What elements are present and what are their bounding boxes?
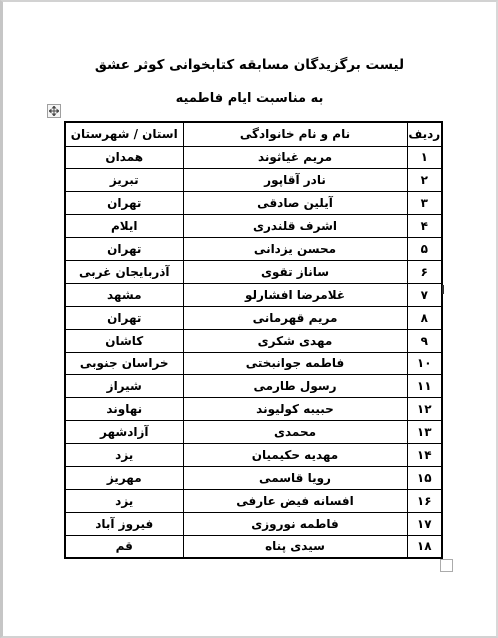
row-number-cell[interactable]: ۱۵ (407, 466, 442, 489)
table-row: ۶ساناز تقویآذربایجان غربی (65, 260, 442, 283)
row-number-cell[interactable]: ۱۴ (407, 444, 442, 467)
row-number-cell[interactable]: ۴ (407, 215, 442, 238)
province-cell[interactable]: آزادشهر (65, 421, 183, 444)
document-title: لیست برگزیدگان مسابقه کتابخوانی کوثر عشق (3, 55, 496, 75)
full-name-cell[interactable]: رویا قاسمی (183, 466, 407, 489)
row-number-cell[interactable]: ۱۸ (407, 535, 442, 558)
table-row: ۷غلامرضا افشارلومشهد (65, 283, 442, 306)
full-name-cell[interactable]: فاطمه جوانبختی (183, 352, 407, 375)
winners-table: ردیف نام و نام خانوادگی استان / شهرستان … (64, 121, 443, 559)
row-number-cell[interactable]: ۱ (407, 146, 442, 169)
table-row: ۱۸سیدی پناهقم (65, 535, 442, 558)
row-number-cell[interactable]: ۳ (407, 192, 442, 215)
province-cell[interactable]: یزد (65, 444, 183, 467)
table-row: ۱۵رویا قاسمیمهریز (65, 466, 442, 489)
row-number-cell[interactable]: ۷ (407, 283, 442, 306)
province-cell[interactable]: خراسان جنوبی (65, 352, 183, 375)
province-cell[interactable]: مشهد (65, 283, 183, 306)
province-cell[interactable]: آذربایجان غربی (65, 260, 183, 283)
province-cell[interactable]: تهران (65, 192, 183, 215)
table-row: ۱۱رسول طارمیشیراز (65, 375, 442, 398)
table-row: ۵محسن یزدانیتهران (65, 238, 442, 261)
row-number-cell[interactable]: ۸ (407, 306, 442, 329)
full-name-cell[interactable]: مریم غیاثوند (183, 146, 407, 169)
document-subtitle: به مناسبت ایام فاطمیه (3, 90, 496, 108)
full-name-cell[interactable]: فاطمه نوروزی (183, 512, 407, 535)
full-name-cell[interactable]: محسن یزدانی (183, 238, 407, 261)
full-name-cell[interactable]: افسانه فیض عارفی (183, 489, 407, 512)
row-number-cell[interactable]: ۱۷ (407, 512, 442, 535)
province-cell[interactable]: تهران (65, 238, 183, 261)
text-cursor (442, 285, 444, 294)
table-row: ۹مهدی شکریکاشان (65, 329, 442, 352)
header-row-number[interactable]: ردیف (407, 122, 442, 146)
full-name-cell[interactable]: حبیبه کولیوند (183, 398, 407, 421)
row-number-cell[interactable]: ۵ (407, 238, 442, 261)
table-row: ۳آیلین صادقیتهران (65, 192, 442, 215)
header-full-name[interactable]: نام و نام خانوادگی (183, 122, 407, 146)
row-number-cell[interactable]: ۱۳ (407, 421, 442, 444)
row-number-cell[interactable]: ۹ (407, 329, 442, 352)
row-number-cell[interactable]: ۱۱ (407, 375, 442, 398)
full-name-cell[interactable]: آیلین صادقی (183, 192, 407, 215)
province-cell[interactable]: تهران (65, 306, 183, 329)
province-cell[interactable]: همدان (65, 146, 183, 169)
province-cell[interactable]: ایلام (65, 215, 183, 238)
full-name-cell[interactable]: مهدیه حکیمیان (183, 444, 407, 467)
province-cell[interactable]: شیراز (65, 375, 183, 398)
table-row: ۱۴مهدیه حکیمیانیزد (65, 444, 442, 467)
full-name-cell[interactable]: رسول طارمی (183, 375, 407, 398)
table-header-row: ردیف نام و نام خانوادگی استان / شهرستان (65, 122, 442, 146)
header-province[interactable]: استان / شهرستان (65, 122, 183, 146)
full-name-cell[interactable]: ساناز تقوی (183, 260, 407, 283)
full-name-cell[interactable]: سیدی پناه (183, 535, 407, 558)
row-number-cell[interactable]: ۶ (407, 260, 442, 283)
province-cell[interactable]: یزد (65, 489, 183, 512)
full-name-cell[interactable]: اشرف قلندری (183, 215, 407, 238)
table-resize-handle[interactable] (440, 559, 453, 572)
table-row: ۱۷فاطمه نوروزیفیروز آباد (65, 512, 442, 535)
table-row: ۱۰فاطمه جوانبختیخراسان جنوبی (65, 352, 442, 375)
province-cell[interactable]: مهریز (65, 466, 183, 489)
row-number-cell[interactable]: ۱۰ (407, 352, 442, 375)
table-row: ۱مریم غیاثوندهمدان (65, 146, 442, 169)
table-row: ۱۳محمدیآزادشهر (65, 421, 442, 444)
row-number-cell[interactable]: ۱۶ (407, 489, 442, 512)
province-cell[interactable]: کاشان (65, 329, 183, 352)
table-row: ۸مریم قهرمانیتهران (65, 306, 442, 329)
table-row: ۱۶افسانه فیض عارفییزد (65, 489, 442, 512)
full-name-cell[interactable]: مریم قهرمانی (183, 306, 407, 329)
full-name-cell[interactable]: غلامرضا افشارلو (183, 283, 407, 306)
table-row: ۱۲حبیبه کولیوندنهاوند (65, 398, 442, 421)
full-name-cell[interactable]: محمدی (183, 421, 407, 444)
province-cell[interactable]: فیروز آباد (65, 512, 183, 535)
province-cell[interactable]: نهاوند (65, 398, 183, 421)
full-name-cell[interactable]: نادر آقاپور (183, 169, 407, 192)
province-cell[interactable]: تبریز (65, 169, 183, 192)
table-row: ۲نادر آقاپورتبریز (65, 169, 442, 192)
table-move-handle[interactable] (47, 104, 61, 118)
row-number-cell[interactable]: ۲ (407, 169, 442, 192)
table-row: ۴اشرف قلندریایلام (65, 215, 442, 238)
document-page: لیست برگزیدگان مسابقه کتابخوانی کوثر عشق… (0, 0, 498, 638)
move-icon (49, 106, 59, 116)
table-body: ۱مریم غیاثوندهمدان۲نادر آقاپورتبریز۳آیلی… (65, 146, 442, 558)
province-cell[interactable]: قم (65, 535, 183, 558)
row-number-cell[interactable]: ۱۲ (407, 398, 442, 421)
full-name-cell[interactable]: مهدی شکری (183, 329, 407, 352)
